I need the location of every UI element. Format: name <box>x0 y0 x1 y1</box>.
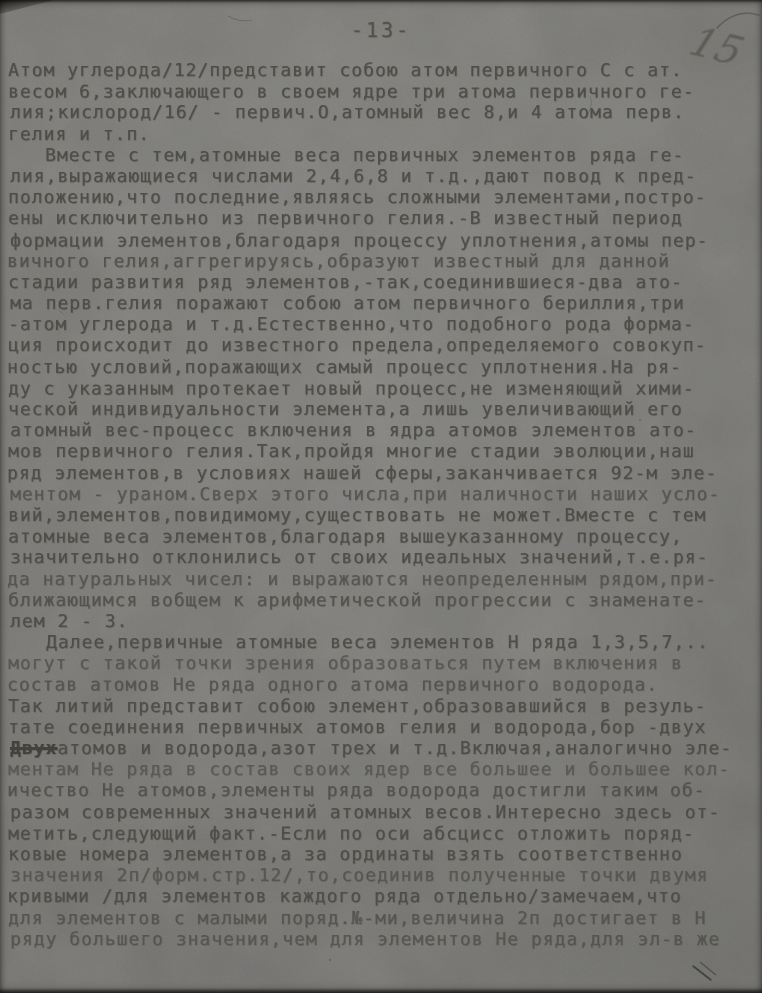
text-line: мов первичного гелия.Так,пройдя многие с… <box>8 441 756 462</box>
text-line: ближающимся вобщем к арифметической прог… <box>8 590 756 611</box>
text-line: для элементов с малыми поряд.№-ми,величи… <box>8 908 756 929</box>
text-line: вичного гелия,аггрегируясь,образуют изве… <box>7 251 756 272</box>
scan-edge-bottom <box>0 988 762 993</box>
text-line: ковые номера элементов,а за ординаты взя… <box>8 844 756 865</box>
scan-edge-top <box>0 0 762 3</box>
text-line: ментом - ураном.Сверх этого числа,при на… <box>10 484 756 505</box>
text-line: атомный вес-процесс включения в ядра ато… <box>10 420 756 441</box>
text-line: весом 6,заключающего в своем ядре три ат… <box>8 82 756 103</box>
text-line: лия;кислород/16/ - первич.О,атомный вес … <box>10 102 756 123</box>
text-line: ду с указанным протекает новый процесс,н… <box>8 378 756 399</box>
paper-crease <box>692 965 712 981</box>
text-line: значительно отклонились от своих идеальн… <box>10 547 756 568</box>
text-line: положению,что последние,являясь сложными… <box>8 187 756 208</box>
text-line: лем 2 - 3. <box>10 611 756 632</box>
text-line: ма перв.гелия поражают собою атом первич… <box>10 293 756 314</box>
text-line: да натуральных чисел: и выражаются неопр… <box>7 569 756 590</box>
text-line: ены исключительно из первичного гелия.-В… <box>8 208 756 229</box>
text-line: лия,выражающиеся числами 2,4,6,8 и т.д.,… <box>10 166 756 187</box>
text-line: значения 2п/форм.стр.12/,то,соединив пол… <box>10 865 756 886</box>
scanned-document-page: -13- 15 Атом углерода/12/представит собо… <box>0 0 762 993</box>
text-line: гелия и т.п. <box>8 124 756 145</box>
strikethrough-word: Двух <box>10 738 57 759</box>
text-line: атомные веса элементов,благодаря вышеука… <box>8 527 756 548</box>
text-line: кривыми /для элементов каждого ряда отде… <box>7 886 756 907</box>
text-line: вий,элементов,повидимому,существовать не… <box>8 505 756 526</box>
text-line: ческой индивидуальности элемента,а лишь … <box>8 399 756 420</box>
text-line: состав атомов Не ряда одного атома перви… <box>7 675 756 696</box>
text-line: ряду большего значения,чем для элементов… <box>10 929 756 950</box>
page-number: -13- <box>0 18 762 42</box>
text-line: могут с такой точки зрения образоваться … <box>8 653 756 674</box>
text-line: метить,следующий факт.-Если по оси абсци… <box>8 823 756 844</box>
text-line: разом современных значений атомных весов… <box>10 802 756 823</box>
text-line: ичество Не атомов,элементы ряда водорода… <box>7 780 756 801</box>
text-line: Так литий представит собою элемент,образ… <box>8 696 756 717</box>
text-line: -атом углерода и т.д.Естественно,что под… <box>8 314 756 335</box>
text-line: Далее,первичные атомные веса элементов Н… <box>8 632 756 653</box>
text-line: тате соединения первичных атомов гелия и… <box>8 717 756 738</box>
text-line: стадии развития ряд элементов,-так,соеди… <box>8 272 756 293</box>
text-line: Атом углерода/12/представит собою атом п… <box>8 60 756 81</box>
text-line: Двухатомов и водорода,азот трех и т.д.Вк… <box>10 738 756 759</box>
text-line: ряд элементов,в условиях нашей сферы,зак… <box>7 463 756 484</box>
text-line: формации элементов,благодаря процессу уп… <box>10 230 756 251</box>
typewritten-text-block: Атом углерода/12/представит собою атом п… <box>8 60 756 950</box>
text-line: ностью условий,поражающих самый процесс … <box>7 357 756 378</box>
text-line: Вместе с тем,атомные веса первичных элем… <box>7 145 756 166</box>
text-line: ментам Не ряда в состав своих ядер все б… <box>8 759 756 780</box>
text-line: ция происходит до известного предела,опр… <box>8 335 756 356</box>
